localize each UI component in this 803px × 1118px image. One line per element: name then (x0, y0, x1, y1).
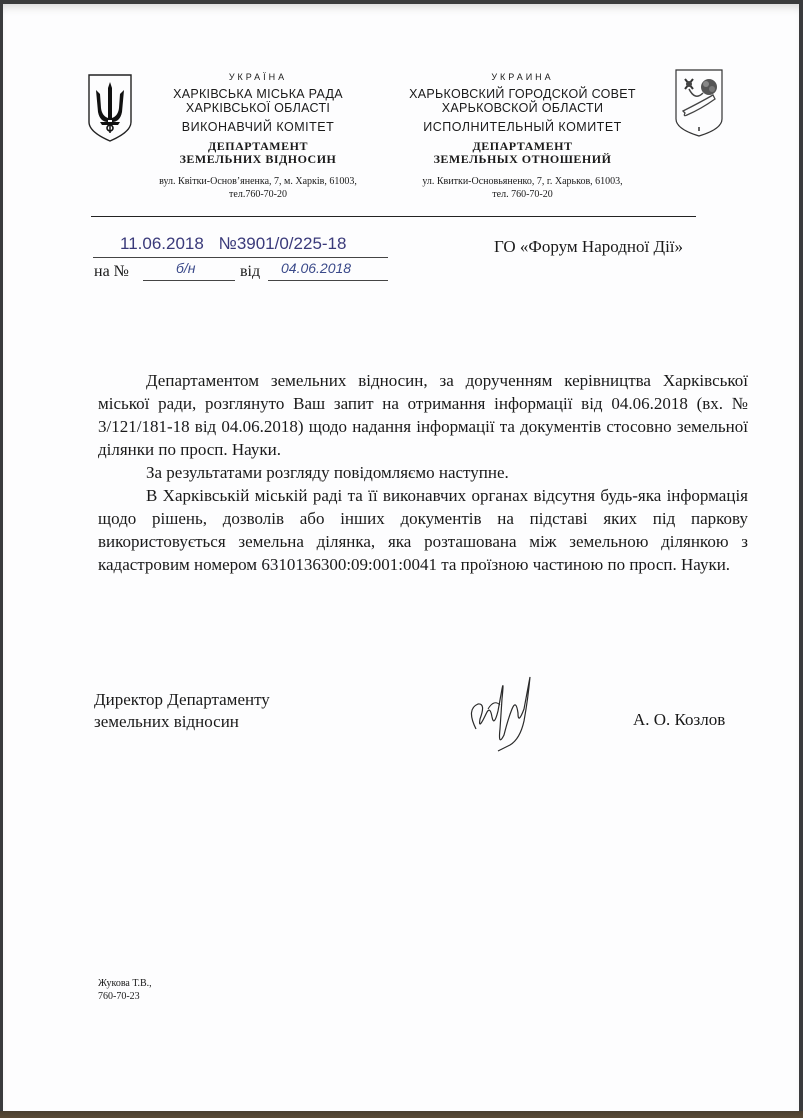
header-left: УКРАЇНА ХАРКІВСЬКА МІСЬКА РАДА ХАРКІВСЬК… (123, 72, 393, 201)
from-date-underline (268, 280, 388, 281)
handwritten-signature (458, 669, 548, 754)
header-right-council-line2: ХАРЬКОВСКОЙ ОБЛАСТИ (385, 101, 660, 115)
header-right-address: ул. Квитки-Основьяненко, 7, г. Харьков, … (385, 175, 660, 188)
signatory-name: А. О. Козлов (633, 710, 725, 730)
outgoing-date: 11.06.2018 (120, 234, 204, 253)
in-reply-underline (143, 280, 235, 281)
from-date-value: 04.06.2018 (281, 260, 351, 276)
header-left-council-line1: ХАРКІВСЬКА МІСЬКА РАДА (123, 87, 393, 101)
reference-underline-1 (93, 257, 388, 258)
header-left-country: УКРАЇНА (123, 72, 393, 82)
header-right-phone: тел. 760-70-20 (385, 188, 660, 201)
recipient: ГО «Форум Народної Дії» (494, 237, 683, 257)
header-right-country: УКРАИНА (385, 72, 660, 82)
kharkiv-coat-of-arms-icon (673, 67, 725, 139)
header-left-council-line2: ХАРКІВСЬКОЇ ОБЛАСТІ (123, 101, 393, 115)
body-paragraph: Департаментом земельних відносин, за дор… (98, 369, 748, 461)
outgoing-number: 3901/0/225-18 (237, 234, 347, 253)
header-left-committee: ВИКОНАВЧИЙ КОМІТЕТ (123, 120, 393, 134)
letterhead-divider (91, 216, 696, 217)
body-paragraph: В Харківській міській раді та її виконав… (98, 484, 748, 576)
header-right-committee: ИСПОЛНИТЕЛЬНЫЙ КОМИТЕТ (385, 120, 660, 134)
from-label: від (240, 263, 260, 281)
executor-name: Жукова Т.В., (98, 977, 152, 990)
executor-phone: 760-70-23 (98, 990, 152, 1003)
header-left-phone: тел.760-70-20 (123, 188, 393, 201)
body-paragraph: За результатами розгляду повідомляємо на… (98, 461, 748, 484)
signatory-title: Директор Департаменту земельних відносин (94, 689, 270, 733)
header-left-department-line2: ЗЕМЕЛЬНИХ ВІДНОСИН (123, 153, 393, 166)
header-right-department-line2: ЗЕМЕЛЬНЫХ ОТНОШЕНИЙ (385, 153, 660, 166)
header-right-council-line1: ХАРЬКОВСКИЙ ГОРОДСКОЙ СОВЕТ (385, 87, 660, 101)
outgoing-number-prefix: № (219, 234, 237, 253)
letter-body: Департаментом земельних відносин, за дор… (98, 369, 748, 576)
header-left-address: вул. Квітки-Основ’яненка, 7, м. Харків, … (123, 175, 393, 188)
document-page: УКРАЇНА ХАРКІВСЬКА МІСЬКА РАДА ХАРКІВСЬК… (3, 4, 799, 1111)
outgoing-reference-stamp: 11.06.2018 №3901/0/225-18 (120, 234, 346, 254)
in-reply-label: на № (94, 263, 129, 281)
in-reply-value: б/н (176, 260, 195, 276)
viewer-bottom-edge (0, 1111, 803, 1118)
signatory-title-line1: Директор Департаменту (94, 689, 270, 711)
executor-info: Жукова Т.В., 760-70-23 (98, 977, 152, 1003)
signatory-title-line2: земельних відносин (94, 711, 270, 733)
header-right: УКРАИНА ХАРЬКОВСКИЙ ГОРОДСКОЙ СОВЕТ ХАРЬ… (385, 72, 660, 201)
